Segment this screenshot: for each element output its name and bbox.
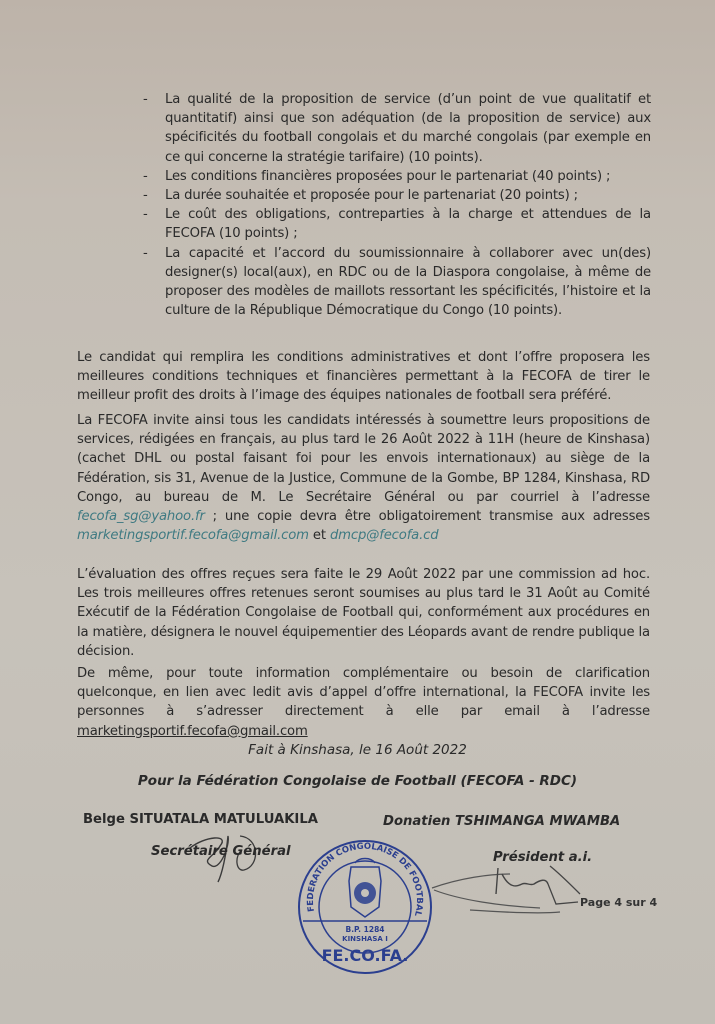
document-page: -La qualité de la proposition de service… — [0, 0, 715, 1024]
email-link-contact[interactable]: marketingsportif.fecofa@gmail.com — [77, 724, 308, 739]
bullet-dash: - — [143, 167, 148, 186]
criteria-item: -La qualité de la proposition de service… — [143, 90, 651, 167]
selection-paragraph: Le candidat qui remplira les conditions … — [77, 348, 650, 406]
bullet-dash: - — [143, 205, 148, 224]
bullet-dash: - — [143, 90, 148, 109]
svg-text:FEDERATION CONGOLAISE DE FOOTB: FEDERATION CONGOLAISE DE FOOTBALL ASSOCI… — [295, 837, 424, 918]
criteria-item: -Le coût des obligations, contreparties … — [143, 205, 651, 243]
stamp-address: B.P. 1284 — [345, 925, 384, 934]
stamp-ring-text: FEDERATION CONGOLAISE DE FOOTBALL ASSOCI… — [295, 837, 424, 918]
president-name: Donatien TSHIMANGA MWAMBA — [383, 814, 620, 829]
page-number: Page 4 sur 4 — [580, 896, 657, 909]
email-link-sg[interactable]: fecofa_sg@yahoo.fr — [77, 509, 205, 524]
fecofa-stamp: FEDERATION CONGOLAISE DE FOOTBALL ASSOCI… — [295, 837, 435, 977]
submission-paragraph: La FECOFA invite ainsi tous les candidat… — [77, 411, 650, 545]
stamp-city: KINSHASA I — [342, 935, 388, 943]
contact-paragraph: De même, pour toute information compléme… — [77, 664, 650, 741]
bullet-dash: - — [143, 186, 148, 205]
email-link-dmcp[interactable]: dmcp@fecofa.cd — [330, 528, 439, 543]
criteria-item: -Les conditions financières proposées po… — [143, 167, 651, 186]
evaluation-paragraph: L’évaluation des offres reçues sera fait… — [77, 565, 650, 661]
criteria-item: -La capacité et l’accord du soumissionna… — [143, 244, 651, 321]
stamp-acronym: FE.CO.FA. — [322, 946, 409, 965]
evaluation-criteria-list: -La qualité de la proposition de service… — [143, 90, 651, 320]
secretary-name: Belge SITUATALA MATULUAKILA — [83, 812, 318, 827]
organization-line: Pour la Fédération Congolaise de Footbal… — [0, 773, 715, 789]
bullet-dash: - — [143, 244, 148, 263]
place-date: Fait à Kinshasa, le 16 Août 2022 — [0, 742, 715, 758]
secretary-title: Secrétaire Général — [151, 844, 291, 859]
president-signature — [430, 860, 590, 920]
criteria-item: -La durée souhaitée et proposée pour le … — [143, 186, 651, 205]
email-link-marketing[interactable]: marketingsportif.fecofa@gmail.com — [77, 528, 309, 543]
